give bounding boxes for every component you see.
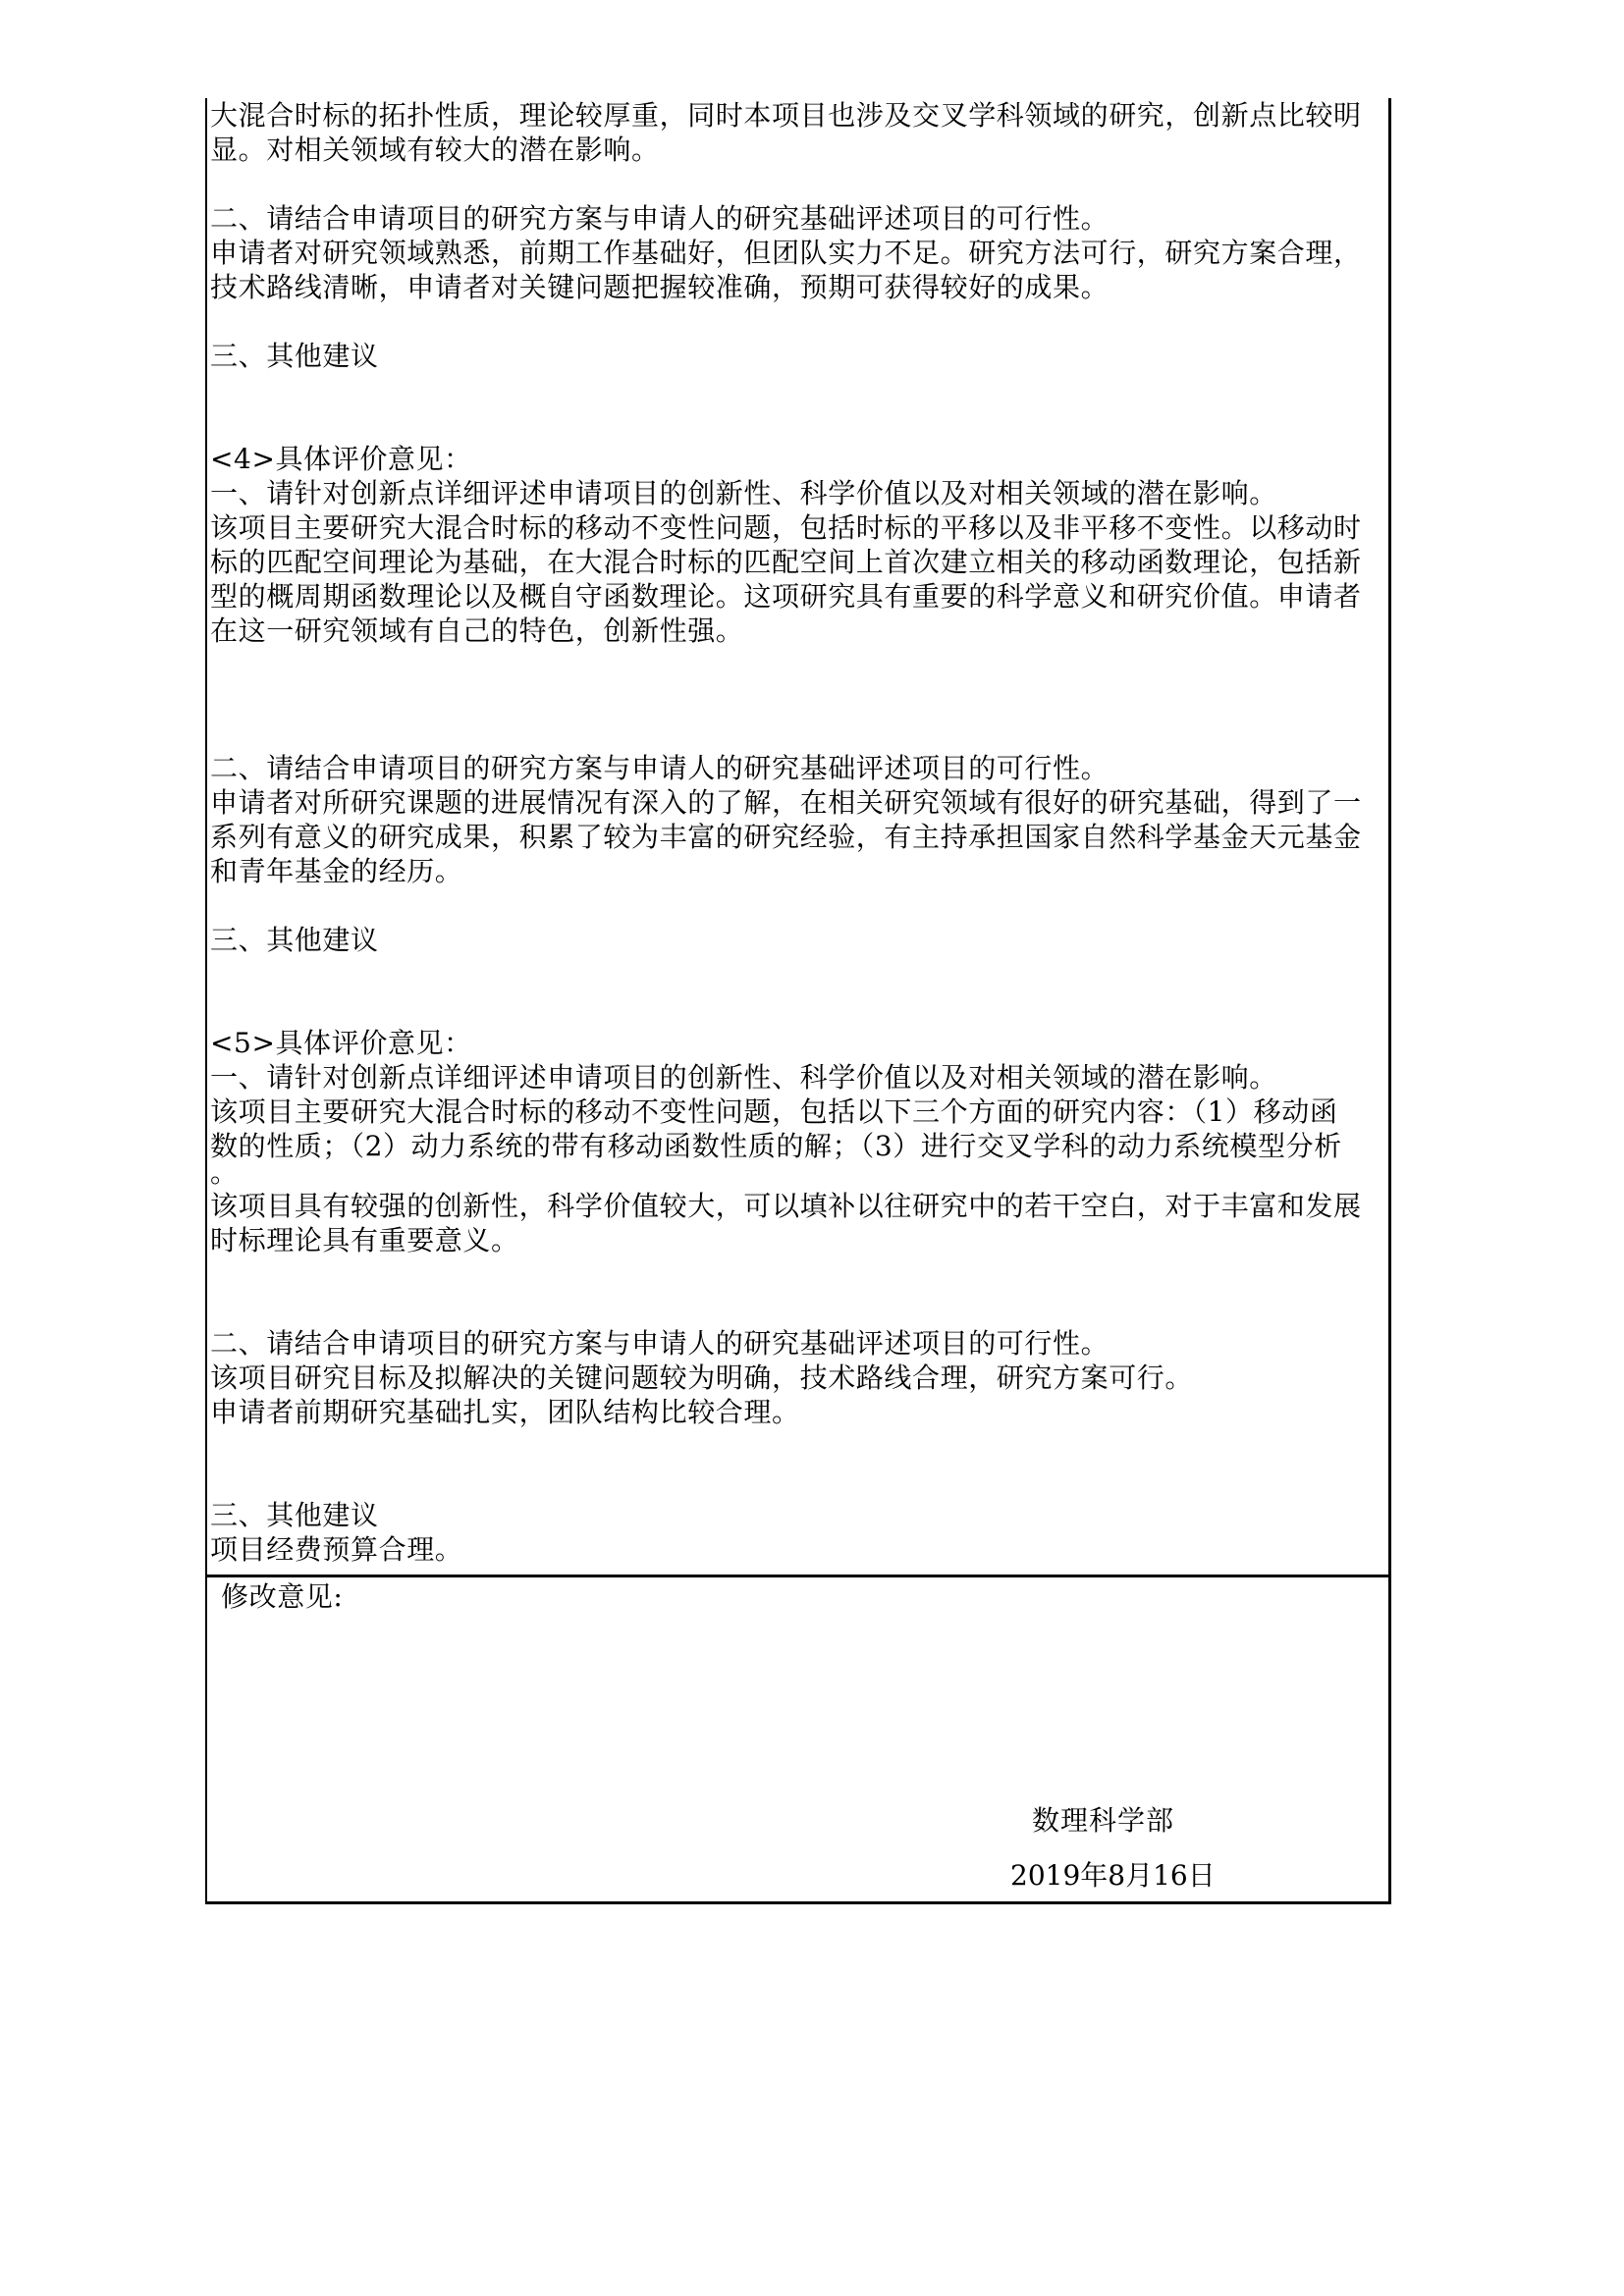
text-line: 二、请结合申请项目的研究方案与申请人的研究基础评述项目的可行性。: [210, 1326, 1388, 1361]
text-line: 申请者对所研究课题的进展情况有深入的了解，在相关研究领域有很好的研究基础，得到了…: [210, 785, 1388, 820]
text-line: <4>具体评价意见：: [210, 442, 1388, 476]
signature-department: 数理科学部: [1032, 1803, 1174, 1838]
text-line: 系列有意义的研究成果，积累了较为丰富的研究经验，有主持承担国家自然科学基金天元基…: [210, 820, 1388, 854]
text-line: 该项目主要研究大混合时标的移动不变性问题，包括以下三个方面的研究内容：（1）移动…: [210, 1095, 1388, 1129]
blank-line: [210, 1464, 1388, 1498]
blank-line: [210, 888, 1388, 923]
text-line: 一、请针对创新点详细评述申请项目的创新性、科学价值以及对相关领域的潜在影响。: [210, 1060, 1388, 1095]
revision-label: 修改意见:: [221, 1579, 343, 1614]
text-line: 该项目主要研究大混合时标的移动不变性问题，包括时标的平移以及非平移不变性。以移动…: [210, 510, 1388, 545]
text-line: 数的性质；（2）动力系统的带有移动函数性质的解；（3）进行交叉学科的动力系统模型…: [210, 1129, 1388, 1163]
blank-line: [210, 957, 1388, 991]
blank-line: [210, 1292, 1388, 1326]
blank-line: [210, 304, 1388, 339]
text-line: 标的匹配空间理论为基础，在大混合时标的匹配空间上首次建立相关的移动函数理论，包括…: [210, 545, 1388, 579]
signature-date: 2019年8月16日: [1010, 1858, 1216, 1893]
text-line: 二、请结合申请项目的研究方案与申请人的研究基础评述项目的可行性。: [210, 751, 1388, 785]
revision-comments-cell: 修改意见: 数理科学部 2019年8月16日: [207, 1577, 1388, 1901]
blank-line: [210, 407, 1388, 442]
text-line: 大混合时标的拓扑性质，理论较厚重，同时本项目也涉及交叉学科领域的研究，创新点比较…: [210, 98, 1388, 133]
text-line: 显。对相关领域有较大的潜在影响。: [210, 133, 1388, 167]
text-line: 二、请结合申请项目的研究方案与申请人的研究基础评述项目的可行性。: [210, 201, 1388, 236]
text-line: 三、其他建议: [210, 339, 1388, 373]
text-line: 该项目研究目标及拟解决的关键问题较为明确，技术路线合理，研究方案可行。: [210, 1361, 1388, 1395]
text-line: 项目经费预算合理。: [210, 1532, 1388, 1567]
text-line: 三、其他建议: [210, 1498, 1388, 1532]
text-line: 。: [210, 1163, 1388, 1189]
text-line: 申请者对研究领域熟悉，前期工作基础好，但团队实力不足。研究方法可行，研究方案合理…: [210, 236, 1388, 270]
blank-line: [210, 1257, 1388, 1292]
blank-line: [210, 373, 1388, 407]
text-line: 在这一研究领域有自己的特色，创新性强。: [210, 614, 1388, 648]
text-line: <5>具体评价意见：: [210, 1026, 1388, 1060]
document-page: 大混合时标的拓扑性质，理论较厚重，同时本项目也涉及交叉学科领域的研究，创新点比较…: [0, 0, 1624, 2296]
text-line: 技术路线清晰，申请者对关键问题把握较准确，预期可获得较好的成果。: [210, 270, 1388, 304]
review-comments-cell: 大混合时标的拓扑性质，理论较厚重，同时本项目也涉及交叉学科领域的研究，创新点比较…: [207, 98, 1388, 1576]
blank-line: [210, 1429, 1388, 1464]
text-line: 三、其他建议: [210, 923, 1388, 957]
review-form-table: 大混合时标的拓扑性质，理论较厚重，同时本项目也涉及交叉学科领域的研究，创新点比较…: [205, 98, 1391, 1904]
blank-line: [210, 717, 1388, 751]
text-line: 申请者前期研究基础扎实，团队结构比较合理。: [210, 1395, 1388, 1429]
text-line: 该项目具有较强的创新性，科学价值较大，可以填补以往研究中的若干空白，对于丰富和发…: [210, 1189, 1388, 1223]
blank-line: [210, 682, 1388, 717]
blank-line: [210, 167, 1388, 201]
blank-line: [210, 991, 1388, 1026]
text-line: 一、请针对创新点详细评述申请项目的创新性、科学价值以及对相关领域的潜在影响。: [210, 476, 1388, 510]
blank-line: [210, 648, 1388, 682]
text-line: 和青年基金的经历。: [210, 854, 1388, 888]
text-line: 型的概周期函数理论以及概自守函数理论。这项研究具有重要的科学意义和研究价值。申请…: [210, 579, 1388, 614]
text-line: 时标理论具有重要意义。: [210, 1223, 1388, 1257]
